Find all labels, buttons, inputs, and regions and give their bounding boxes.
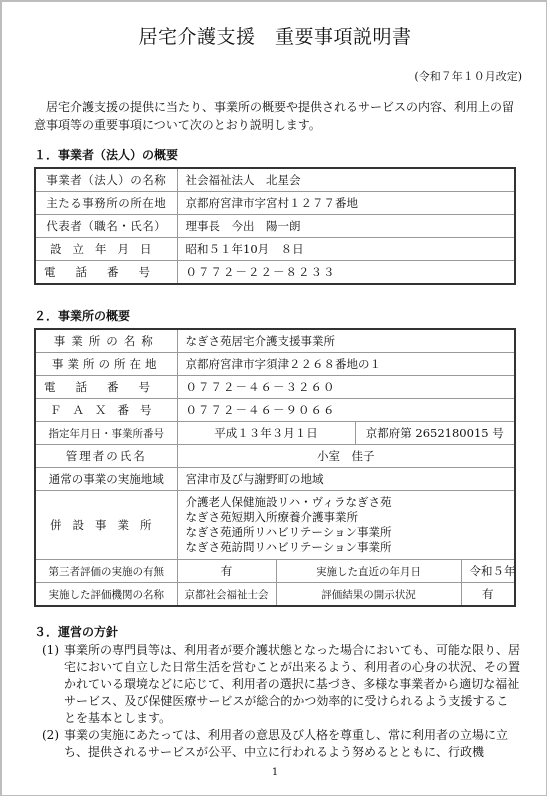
intro-text: 居宅介護支援の提供に当たり、事業所の概要や提供されるサービスの内容、利用上の留意… — [34, 100, 514, 132]
row-value: 京都府宮津市字須津２２６８番地の１ — [177, 353, 515, 376]
section1-heading: １．事業者（法人）の概要 — [34, 146, 178, 163]
table-row: 事業所の名称 なぎさ苑居宅介護支援事業所 — [35, 329, 515, 353]
table-row: 実施した評価機関の名称 京都社会福祉士会 評価結果の開示状況 有 — [35, 583, 515, 607]
row-label: 併設事業所 — [35, 491, 177, 560]
row-label: 実施した評価機関の名称 — [35, 583, 177, 607]
row-value: 京都府宮津市字宮村１２７７番地 — [177, 192, 515, 215]
policy-number: (1) — [42, 642, 59, 659]
table-row: 電話番号 ０７７２－２２－８２３３ — [35, 261, 515, 285]
row-label: 第三者評価の実施の有無 — [35, 560, 177, 583]
table-row: 管理者の氏名 小室 佳子 — [35, 445, 515, 468]
row-label: 指定年月日・事業所番号 — [35, 422, 177, 445]
table-row: 電話番号 ０７７２－４６－３２６０ — [35, 376, 515, 399]
policy-item: (2) 事業の実施にあたっては、利用者の意思及び人格を尊重し、常に利用者の立場に… — [34, 727, 520, 761]
table-row: 事業所の所在地 京都府宮津市字須津２２６８番地の１ — [35, 353, 515, 376]
table-row: 第三者評価の実施の有無 有 実施した直近の年月日 令和５年４月２６日 — [35, 560, 515, 583]
row-value: なぎさ苑居宅介護支援事業所 — [177, 329, 515, 353]
row-label: 管理者の氏名 — [35, 445, 177, 468]
latest-date-value: 令和５年４月２６日 — [461, 560, 515, 583]
table-row: ＦＡＸ番号 ０７７２－４６－９０６６ — [35, 399, 515, 422]
row-value: ０７７２－４６－９０６６ — [177, 399, 515, 422]
row-value: 社会福祉法人 北星会 — [177, 168, 515, 192]
revision-note: (令和７年１０月改定) — [414, 68, 522, 84]
row-label: ＦＡＸ番号 — [35, 399, 177, 422]
disclosure-label: 評価結果の開示状況 — [276, 583, 461, 607]
evaluator-value: 京都社会福祉士会 — [177, 583, 276, 607]
section1-table: 事業者（法人）の名称 社会福祉法人 北星会 主たる事務所の所在地 京都府宮津市字… — [34, 167, 516, 285]
row-label: 電話番号 — [35, 376, 177, 399]
affiliated-offices: 介護老人保健施設リハ・ヴィラなぎさ苑 なぎさ苑短期入所療養介護事業所 なぎさ苑通… — [177, 491, 515, 560]
affiliated-office: なぎさ苑通所リハビリテーション事業所 — [186, 525, 507, 540]
policy-text: 事業の実施にあたっては、利用者の意思及び人格を尊重し、常に利用者の立場に立ち、提… — [64, 728, 508, 759]
row-label: 事業所の所在地 — [35, 353, 177, 376]
row-label: 代表者（職名・氏名） — [35, 215, 177, 238]
latest-date-label: 実施した直近の年月日 — [276, 560, 461, 583]
designation-date: 平成１３年３月１日 — [177, 422, 355, 445]
policy-item: (1) 事業所の専門員等は、利用者が要介護状態となった場合においても、可能な限り… — [34, 642, 520, 727]
row-value: 理事長 今出 陽一朗 — [177, 215, 515, 238]
affiliated-office: 介護老人保健施設リハ・ヴィラなぎさ苑 — [186, 495, 507, 510]
page-number: 1 — [0, 767, 550, 778]
row-value: ０７７２－２２－８２３３ — [177, 261, 515, 285]
policy-list: (1) 事業所の専門員等は、利用者が要介護状態となった場合においても、可能な限り… — [34, 642, 520, 761]
table-row: 併設事業所 介護老人保健施設リハ・ヴィラなぎさ苑 なぎさ苑短期入所療養介護事業所… — [35, 491, 515, 560]
row-label: 事業者（法人）の名称 — [35, 168, 177, 192]
table-row: 設立年月日 昭和５１年10月 ８日 — [35, 238, 515, 261]
office-number: 京都府第 2652180015 号 — [355, 422, 515, 445]
policy-number: (2) — [42, 727, 59, 744]
document-title: 居宅介護支援 重要事項説明書 — [0, 22, 550, 49]
table-row: 指定年月日・事業所番号 平成１３年３月１日 京都府第 2652180015 号 — [35, 422, 515, 445]
table-row: 代表者（職名・氏名） 理事長 今出 陽一朗 — [35, 215, 515, 238]
row-label: 電話番号 — [35, 261, 177, 285]
section2-table: 事業所の名称 なぎさ苑居宅介護支援事業所 事業所の所在地 京都府宮津市字須津２２… — [34, 328, 516, 607]
intro-paragraph: 居宅介護支援の提供に当たり、事業所の概要や提供されるサービスの内容、利用上の留意… — [34, 98, 520, 134]
affiliated-office: なぎさ苑訪問リハビリテーション事業所 — [186, 540, 507, 555]
row-value: 小室 佳子 — [177, 445, 515, 468]
row-value: 昭和５１年10月 ８日 — [177, 238, 515, 261]
row-label: 事業所の名称 — [35, 329, 177, 353]
third-party-value: 有 — [177, 560, 276, 583]
row-value: 宮津市及び与謝野町の地域 — [177, 468, 515, 491]
table-row: 主たる事務所の所在地 京都府宮津市字宮村１２７７番地 — [35, 192, 515, 215]
policy-text: 事業所の専門員等は、利用者が要介護状態となった場合においても、可能な限り、居宅に… — [64, 643, 520, 725]
row-label: 主たる事務所の所在地 — [35, 192, 177, 215]
row-label: 設立年月日 — [35, 238, 177, 261]
section2-heading: ２．事業所の概要 — [34, 307, 130, 324]
affiliated-office: なぎさ苑短期入所療養介護事業所 — [186, 510, 507, 525]
table-row: 事業者（法人）の名称 社会福祉法人 北星会 — [35, 168, 515, 192]
row-label: 通常の事業の実施地域 — [35, 468, 177, 491]
table-row: 通常の事業の実施地域 宮津市及び与謝野町の地域 — [35, 468, 515, 491]
row-value: ０７７２－４６－３２６０ — [177, 376, 515, 399]
section3-heading: ３．運営の方針 — [34, 623, 118, 640]
disclosure-value: 有 — [461, 583, 515, 607]
